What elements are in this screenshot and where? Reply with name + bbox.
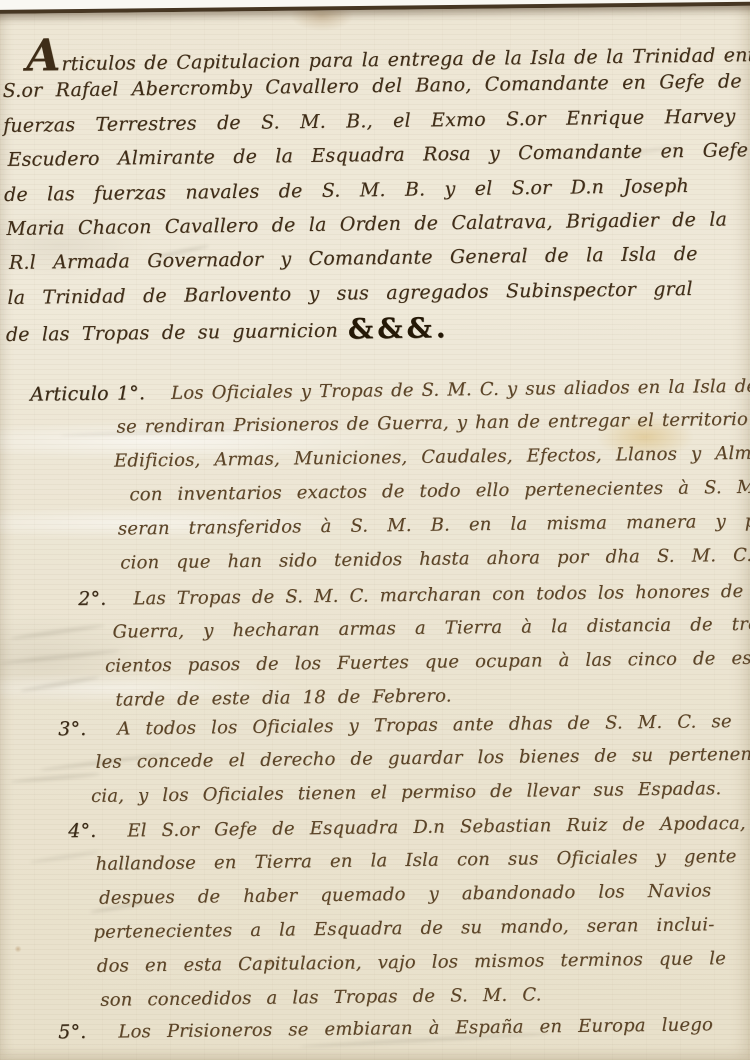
manuscript-text: Articulos de Capitulacion para la entreg… — [0, 0, 750, 1060]
article-2-number: 2°. — [78, 588, 107, 610]
article-line-text: Las Tropas de S. M. C. marcharan con tod… — [133, 581, 750, 610]
manuscript-page: Articulos de Capitulacion para la entreg… — [0, 0, 750, 1060]
article-5-number: 5°. — [58, 1021, 87, 1043]
article-3-number: 3°. — [58, 718, 87, 740]
article-1: Articulo 1°. Los Oficiales y Tropas de S… — [0, 369, 750, 582]
document-heading: Articulos de Capitulacion para la entreg… — [2, 30, 750, 349]
article-line-text: El S.or Gefe de Esquadra D.n Sebastian R… — [127, 813, 746, 842]
article-line: 5°. Los Prisioneros se embiaran à España… — [58, 1007, 750, 1050]
article-line-text: Los Oficiales y Tropas de S. M. C. y sus… — [171, 375, 750, 404]
article-4-number: 4°. — [68, 820, 97, 842]
article-line-text: Los Prisioneros se embiaran à España en … — [118, 1014, 713, 1042]
article-3: 3°. A todos los Oficiales y Tropas ante … — [0, 704, 750, 815]
article-2: 2°. Las Tropas de S. M. C. marcharan con… — [0, 574, 750, 719]
etcetera-mark: &&&. — [348, 311, 450, 345]
article-1-number: Articulo 1°. — [30, 382, 145, 405]
article-line-text: A todos los Oficiales y Tropas ante dhas… — [117, 711, 732, 740]
heading-line-text: de las Tropas de su guarnicion — [6, 320, 338, 346]
article-4: 4°. El S.or Gefe de Esquadra D.n Sebasti… — [0, 806, 750, 1019]
